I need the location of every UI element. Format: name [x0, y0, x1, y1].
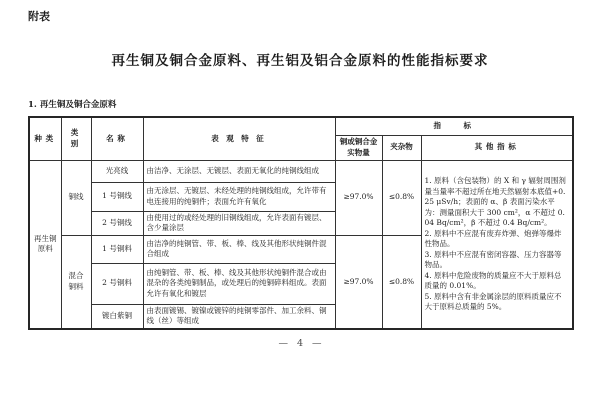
appendix-tag: 附表 [28, 8, 50, 24]
other-indicator-item: 2. 原料中不应混有废弃炸弹、炮弹等爆炸性物品。 [425, 229, 570, 250]
other-indicators-cell: 1. 原料（含包装物）的 X 和 γ 辐射周围剂量当量率不超过所在地天然辐射本底… [421, 160, 573, 329]
appearance-cell: 由洁净的纯铜管、带、板、棒、线及其他形状纯铜件混合组成 [143, 235, 335, 263]
inclusions-cell: ≤0.8% [382, 235, 421, 329]
header-inclusions: 夹杂物 [382, 135, 421, 160]
table-header-row-1: 种类 类别 名称 表观特征 指标 [29, 117, 573, 135]
inclusions-cell: ≤0.8% [382, 160, 421, 235]
appearance-cell: 由无涂层、无镀层、未经处理的纯铜线组成，允许带有电连接用的纯铜件；表面允许有氧化 [143, 182, 335, 211]
name-cell: 1 号铜线 [91, 182, 143, 211]
header-other-indicators: 其他指标 [421, 135, 573, 160]
page-title: 再生铜及铜合金原料、再生铝及铝合金原料的性能指标要求 [0, 49, 600, 69]
appearance-cell: 由纯铜管、带、板、棒、线及其他形状纯铜件混合或由混杂的各类纯铜制品，或处理后的纯… [143, 263, 335, 304]
header-appearance: 表观特征 [143, 117, 335, 160]
name-cell: 镀白紫铜 [91, 304, 143, 329]
name-cell: 光亮线 [91, 160, 143, 182]
category-cell-mixed-copper: 混合铜料 [61, 235, 91, 329]
appearance-cell: 由使用过的或经处理的旧铜线组成，允许表面有镀层、含少量涂层 [143, 211, 335, 235]
appearance-cell: 由洁净、无涂层、无镀层、表面无氧化的纯铜线组成 [143, 160, 335, 182]
other-indicator-item: 4. 原料中危险废物的质量应不大于原料总质量的 0.01%。 [425, 271, 570, 292]
header-indicators: 指标 [335, 117, 573, 135]
other-indicator-item: 5. 原料中含有非金属涂层的原料质量应不大于原料总质量的 5%。 [425, 292, 570, 313]
section-heading: 1. 再生铜及铜合金原料 [28, 98, 116, 110]
name-cell: 1 号铜料 [91, 235, 143, 263]
kind-cell: 再生铜原料 [29, 160, 61, 329]
name-cell: 2 号铜线 [91, 211, 143, 235]
header-kind: 种类 [29, 117, 61, 160]
header-name: 名称 [91, 117, 143, 160]
other-indicator-item: 3. 原料中不应混有密闭容器、压力容器等物品。 [425, 250, 570, 271]
category-label: 混合铜料 [67, 271, 85, 292]
table-row: 再生铜原料 铜线 光亮线 由洁净、无涂层、无镀层、表面无氧化的纯铜线组成 ≥97… [29, 160, 573, 182]
category-cell-copper-wire: 铜线 [61, 160, 91, 235]
name-cell: 2 号铜料 [91, 263, 143, 304]
copper-amount-cell: ≥97.0% [335, 160, 382, 235]
document-page: 附表 再生铜及铜合金原料、再生铝及铝合金原料的性能指标要求 1. 再生铜及铜合金… [0, 0, 600, 400]
other-indicator-item: 1. 原料（含包装物）的 X 和 γ 辐射周围剂量当量率不超过所在地天然辐射本底… [425, 176, 570, 229]
header-copper-amount: 铜或铜合金实物量 [335, 135, 382, 160]
header-category: 类别 [61, 117, 91, 160]
copper-amount-cell: ≥97.0% [335, 235, 382, 329]
page-number: — 4 — [0, 338, 600, 349]
appearance-cell: 由表面镀锡、镀镍或镀锌的纯铜零部件、加工余料、铜线（丝）等组成 [143, 304, 335, 329]
copper-raw-material-spec-table: 种类 类别 名称 表观特征 指标 铜或铜合金实物量 夹杂物 其他指标 再生铜原料… [28, 116, 574, 330]
